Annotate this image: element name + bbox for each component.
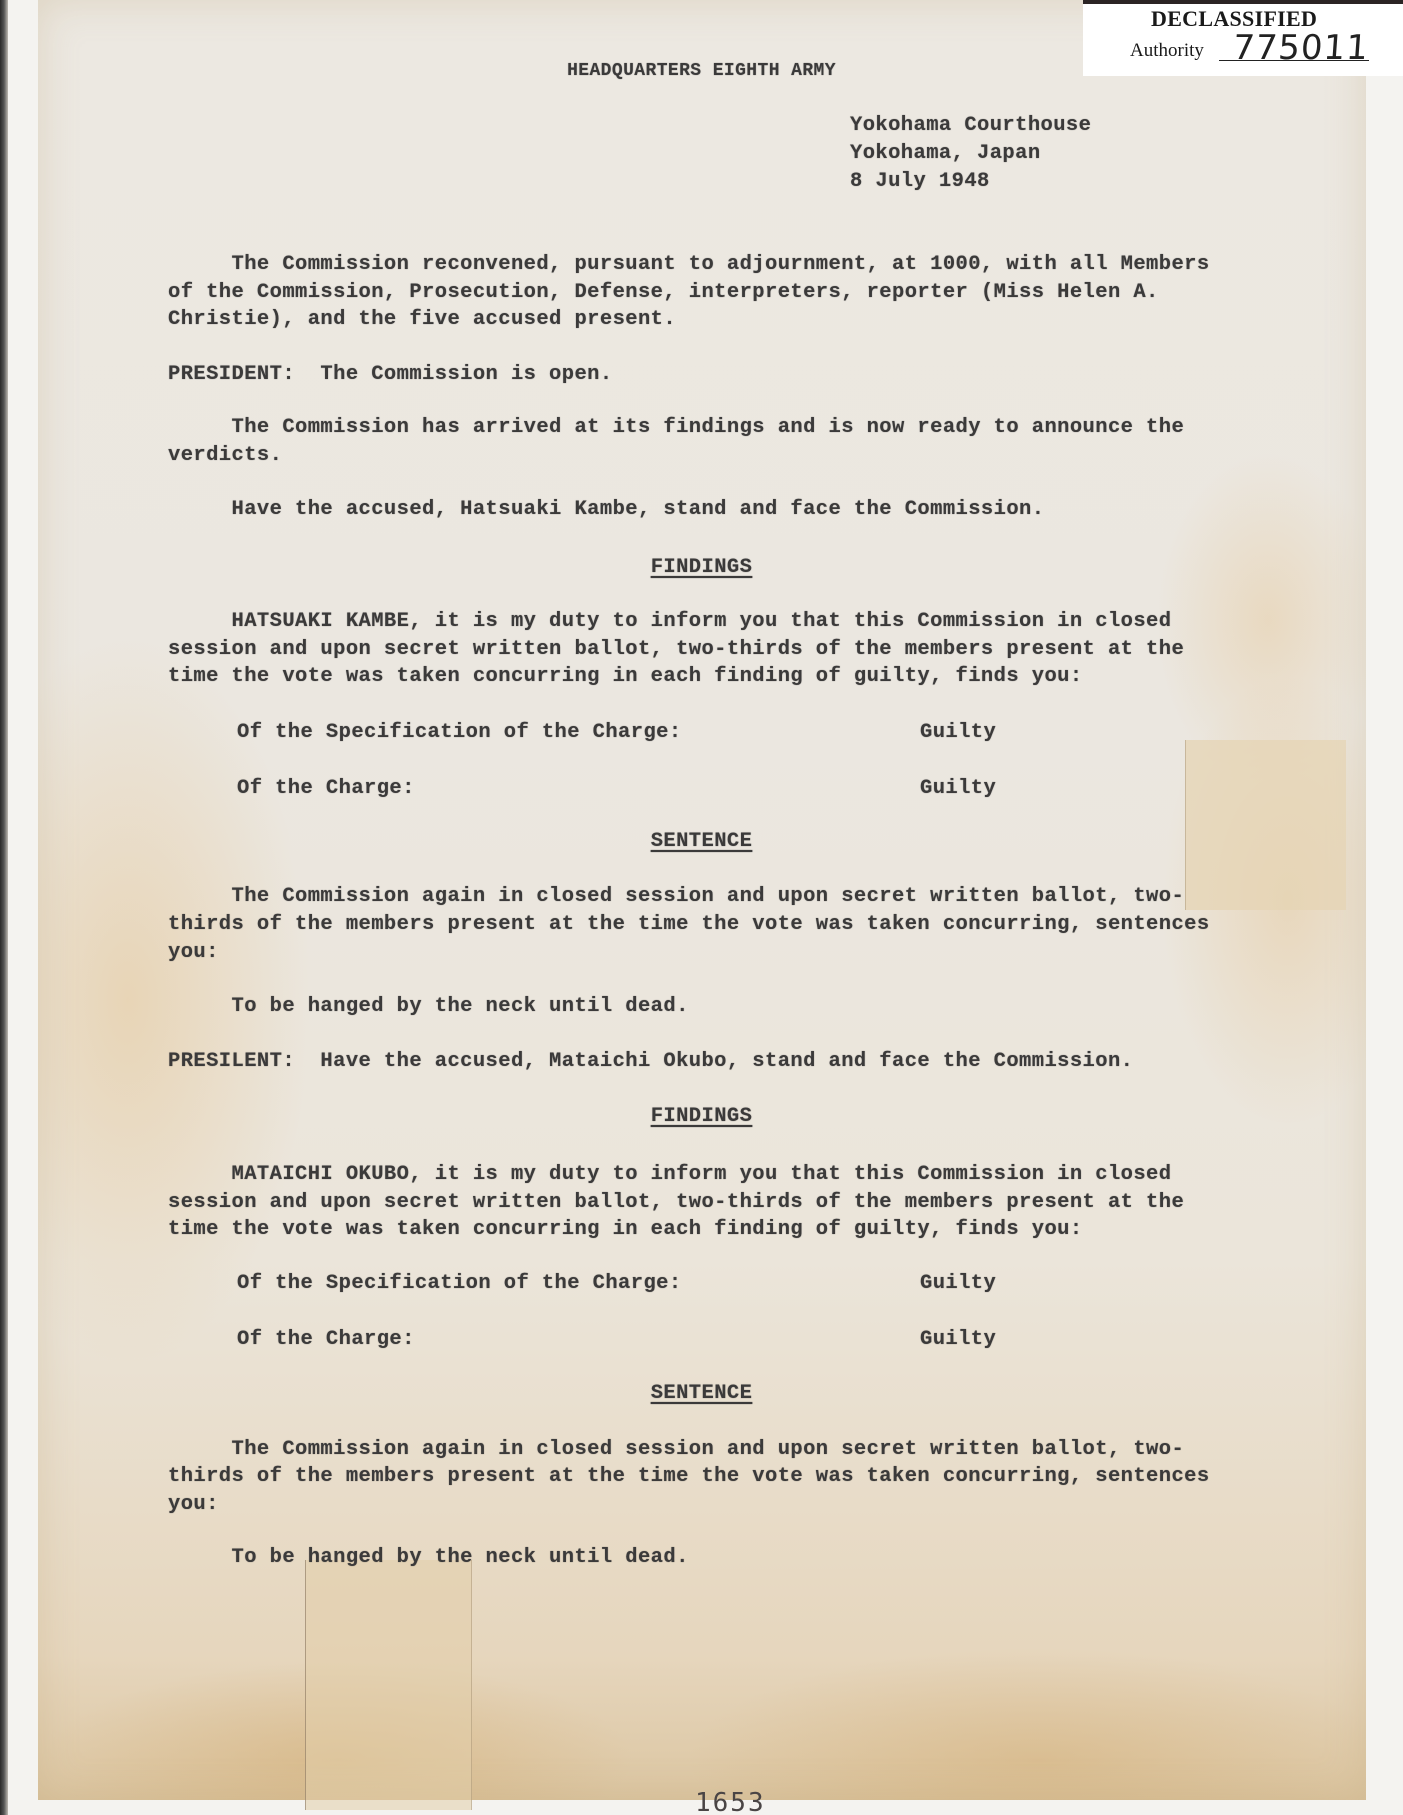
verdict-1-charge-value: Guilty: [920, 775, 996, 803]
president-open: PRESIDENT: The Commission is open.: [168, 361, 613, 389]
stand-kambe: Have the accused, Hatsuaki Kambe, stand …: [168, 496, 1044, 524]
sentence-1-line-1: The Commission again in closed session a…: [168, 883, 1184, 911]
stand-okubo: PRESILENT: Have the accused, Mataichi Ok…: [168, 1048, 1133, 1076]
verdict-1-spec-label: Of the Specification of the Charge:: [237, 719, 682, 747]
findings-2-line-1: MATAICHI OKUBO, it is my duty to inform …: [168, 1161, 1171, 1189]
verdict-2-spec-value: Guilty: [920, 1270, 996, 1298]
findings-1-line-1: HATSUAKI KAMBE, it is my duty to inform …: [168, 608, 1171, 636]
opening-line-1: The Commission reconvened, pursuant to a…: [168, 251, 1210, 279]
sentence-2-line-2: thirds of the members present at the tim…: [168, 1463, 1210, 1491]
tape-patch-right: [1185, 740, 1346, 910]
sentence-heading-1: SENTENCE: [0, 828, 1403, 856]
document-header: HEADQUARTERS EIGHTH ARMY: [0, 58, 1403, 86]
verdict-2-charge-value: Guilty: [920, 1326, 996, 1354]
sentence-1-line-2: thirds of the members present at the tim…: [168, 911, 1210, 939]
arrived-line-2: verdicts.: [168, 442, 282, 470]
document-date: 8 July 1948: [850, 168, 990, 196]
opening-line-2: of the Commission, Prosecution, Defense,…: [168, 279, 1159, 307]
findings-1-line-2: session and upon secret written ballot, …: [168, 636, 1184, 664]
opening-line-3: Christie), and the five accused present.: [168, 306, 676, 334]
findings-2-line-2: session and upon secret written ballot, …: [168, 1189, 1184, 1217]
sentence-1-verdict: To be hanged by the neck until dead.: [168, 993, 689, 1021]
findings-heading-2: FINDINGS: [0, 1103, 1403, 1131]
sentence-1-line-3: you:: [168, 939, 219, 967]
location-line-2: Yokohama, Japan: [850, 140, 1041, 168]
verdict-1-spec-value: Guilty: [920, 719, 996, 747]
sentence-heading-2: SENTENCE: [0, 1380, 1403, 1408]
verdict-2-charge-label: Of the Charge:: [237, 1326, 415, 1354]
scanner-edge: [0, 0, 8, 1815]
findings-2-line-3: time the vote was taken concurring in ea…: [168, 1216, 1083, 1244]
sentence-2-verdict: To be hanged by the neck until dead.: [168, 1544, 689, 1572]
tape-patch-bottom: [305, 1560, 472, 1810]
verdict-2-spec-label: Of the Specification of the Charge:: [237, 1270, 682, 1298]
findings-heading-1: FINDINGS: [0, 554, 1403, 582]
verdict-1-charge-label: Of the Charge:: [237, 775, 415, 803]
sentence-2-line-1: The Commission again in closed session a…: [168, 1436, 1184, 1464]
page-number: 1653: [695, 1788, 766, 1815]
sentence-2-line-3: you:: [168, 1491, 219, 1519]
arrived-line-1: The Commission has arrived at its findin…: [168, 414, 1184, 442]
findings-1-line-3: time the vote was taken concurring in ea…: [168, 663, 1083, 691]
location-line-1: Yokohama Courthouse: [850, 112, 1091, 140]
